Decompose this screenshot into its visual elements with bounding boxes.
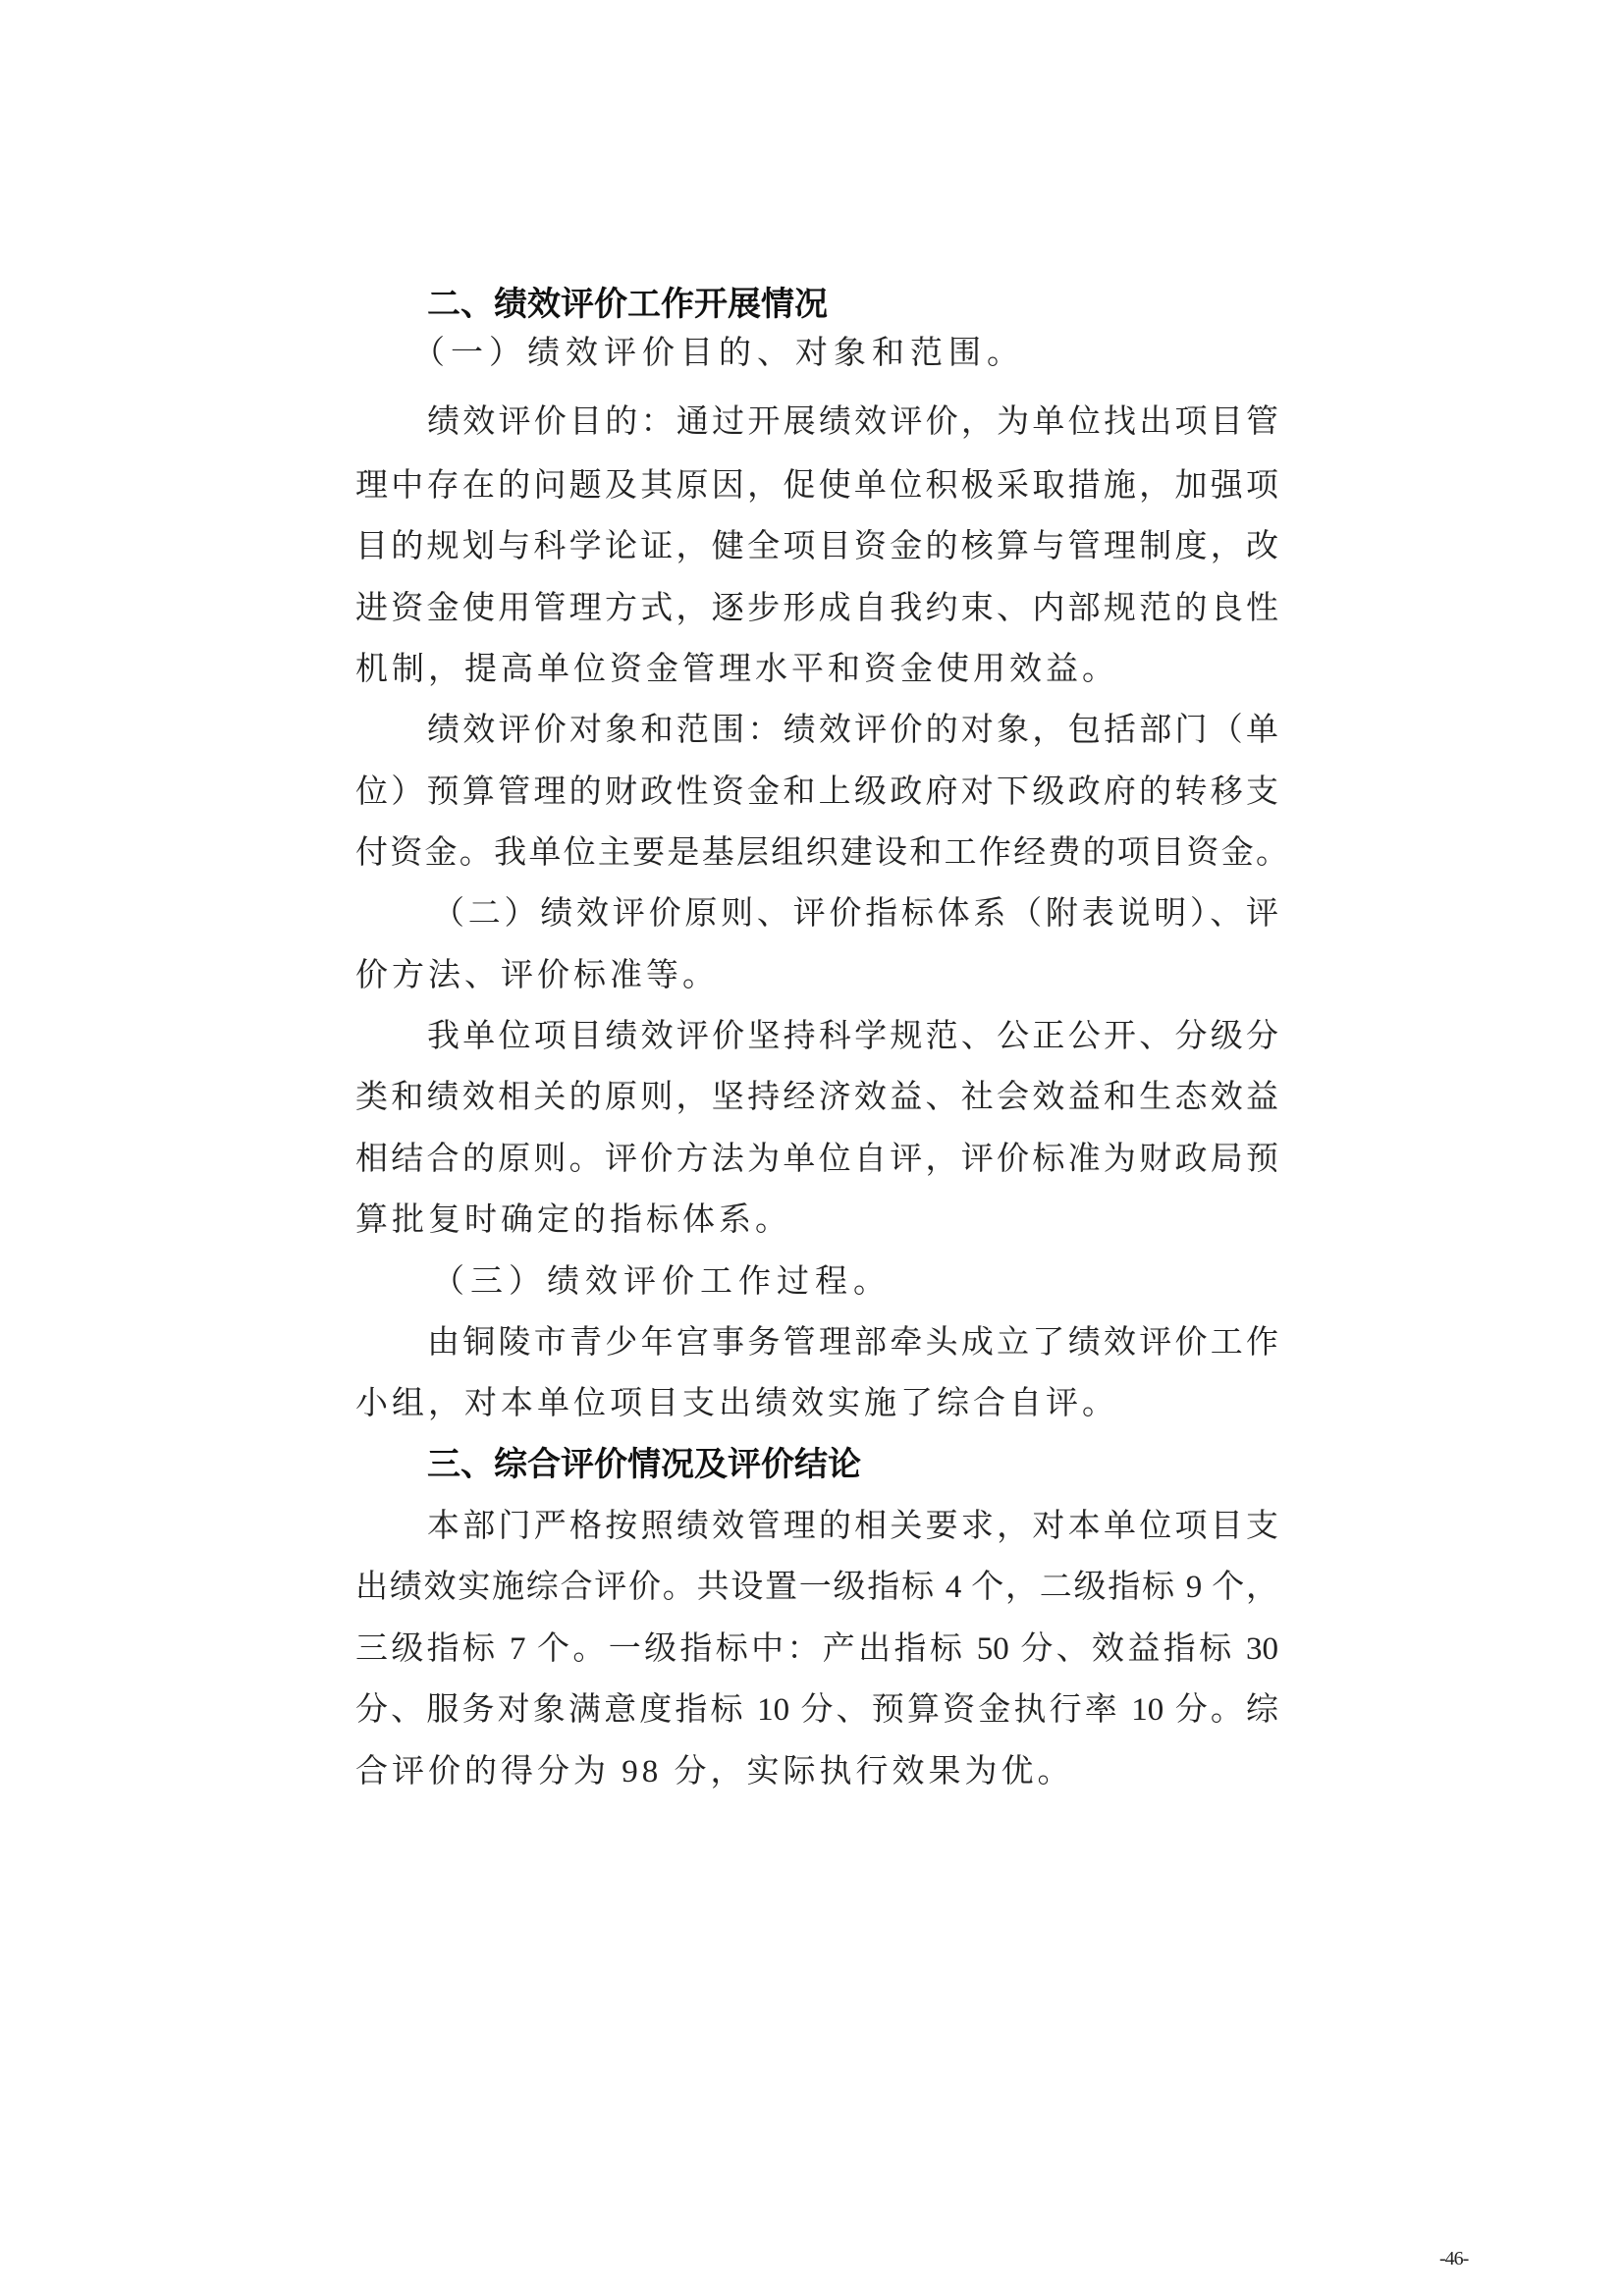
paragraph-line: 分、服务对象满意度指标 10 分、预算资金执行率 10 分。综 (355, 1690, 1278, 1730)
subsection-title-2-cont: 价方法、评价标准等。 (355, 956, 1278, 995)
paragraph-line: 类和绩效相关的原则，坚持经济效益、社会效益和生态效益 (355, 1078, 1278, 1117)
paragraph-line: 绩效评价目的：通过开展绩效评价，为单位找出项目管 (427, 402, 1278, 442)
section-heading-3: 三、综合评价情况及评价结论 (427, 1445, 1278, 1484)
paragraph-line: 理中存在的问题及其原因，促使单位积极采取措施，加强项 (355, 466, 1278, 506)
paragraph-line: 我单位项目绩效评价坚持科学规范、公正公开、分级分 (427, 1017, 1278, 1056)
paragraph-line: 本部门严格按照绩效管理的相关要求，对本单位项目支 (427, 1507, 1278, 1546)
paragraph-line: 算批复时确定的指标体系。 (355, 1201, 1278, 1240)
paragraph-line: 付资金。我单位主要是基层组织建设和工作经费的项目资金。 (355, 833, 1288, 873)
paragraph-line: 进资金使用管理方式，逐步形成自我约束、内部规范的良性 (355, 589, 1278, 628)
subsection-title-3: （三）绩效评价工作过程。 (432, 1262, 1283, 1302)
paragraph-line: 目的规划与科学论证，健全项目资金的核算与管理制度，改 (355, 527, 1278, 566)
paragraph-line: 出绩效实施综合评价。共设置一级指标 4 个，二级指标 9 个， (355, 1568, 1278, 1607)
paragraph-line: 位）预算管理的财政性资金和上级政府对下级政府的转移支 (355, 773, 1278, 812)
paragraph-line: 三级指标 7 个。一级指标中：产出指标 50 分、效益指标 30 (355, 1629, 1278, 1669)
document-page: 二、绩效评价工作开展情况 （一）绩效评价目的、对象和范围。 绩效评价目的：通过开… (0, 0, 1623, 2296)
section-heading-2: 二、绩效评价工作开展情况 (427, 285, 1278, 324)
paragraph-line: 绩效评价对象和范围：绩效评价的对象，包括部门（单 (427, 711, 1278, 750)
paragraph-line: 机制，提高单位资金管理水平和资金使用效益。 (355, 650, 1278, 689)
paragraph-line: 由铜陵市青少年宫事务管理部牵头成立了绩效评价工作 (427, 1323, 1278, 1362)
subsection-title-2: （二）绩效评价原则、评价指标体系（附表说明）、评 (432, 894, 1278, 934)
paragraph-line: 小组，对本单位项目支出绩效实施了综合自评。 (355, 1384, 1278, 1423)
subsection-title-1: （一）绩效评价目的、对象和范围。 (412, 334, 1264, 373)
paragraph-line: 合评价的得分为 98 分，实际执行效果为优。 (355, 1752, 1278, 1791)
page-number: -46- (1439, 2248, 1468, 2270)
paragraph-line: 相结合的原则。评价方法为单位自评，评价标准为财政局预 (355, 1140, 1278, 1179)
